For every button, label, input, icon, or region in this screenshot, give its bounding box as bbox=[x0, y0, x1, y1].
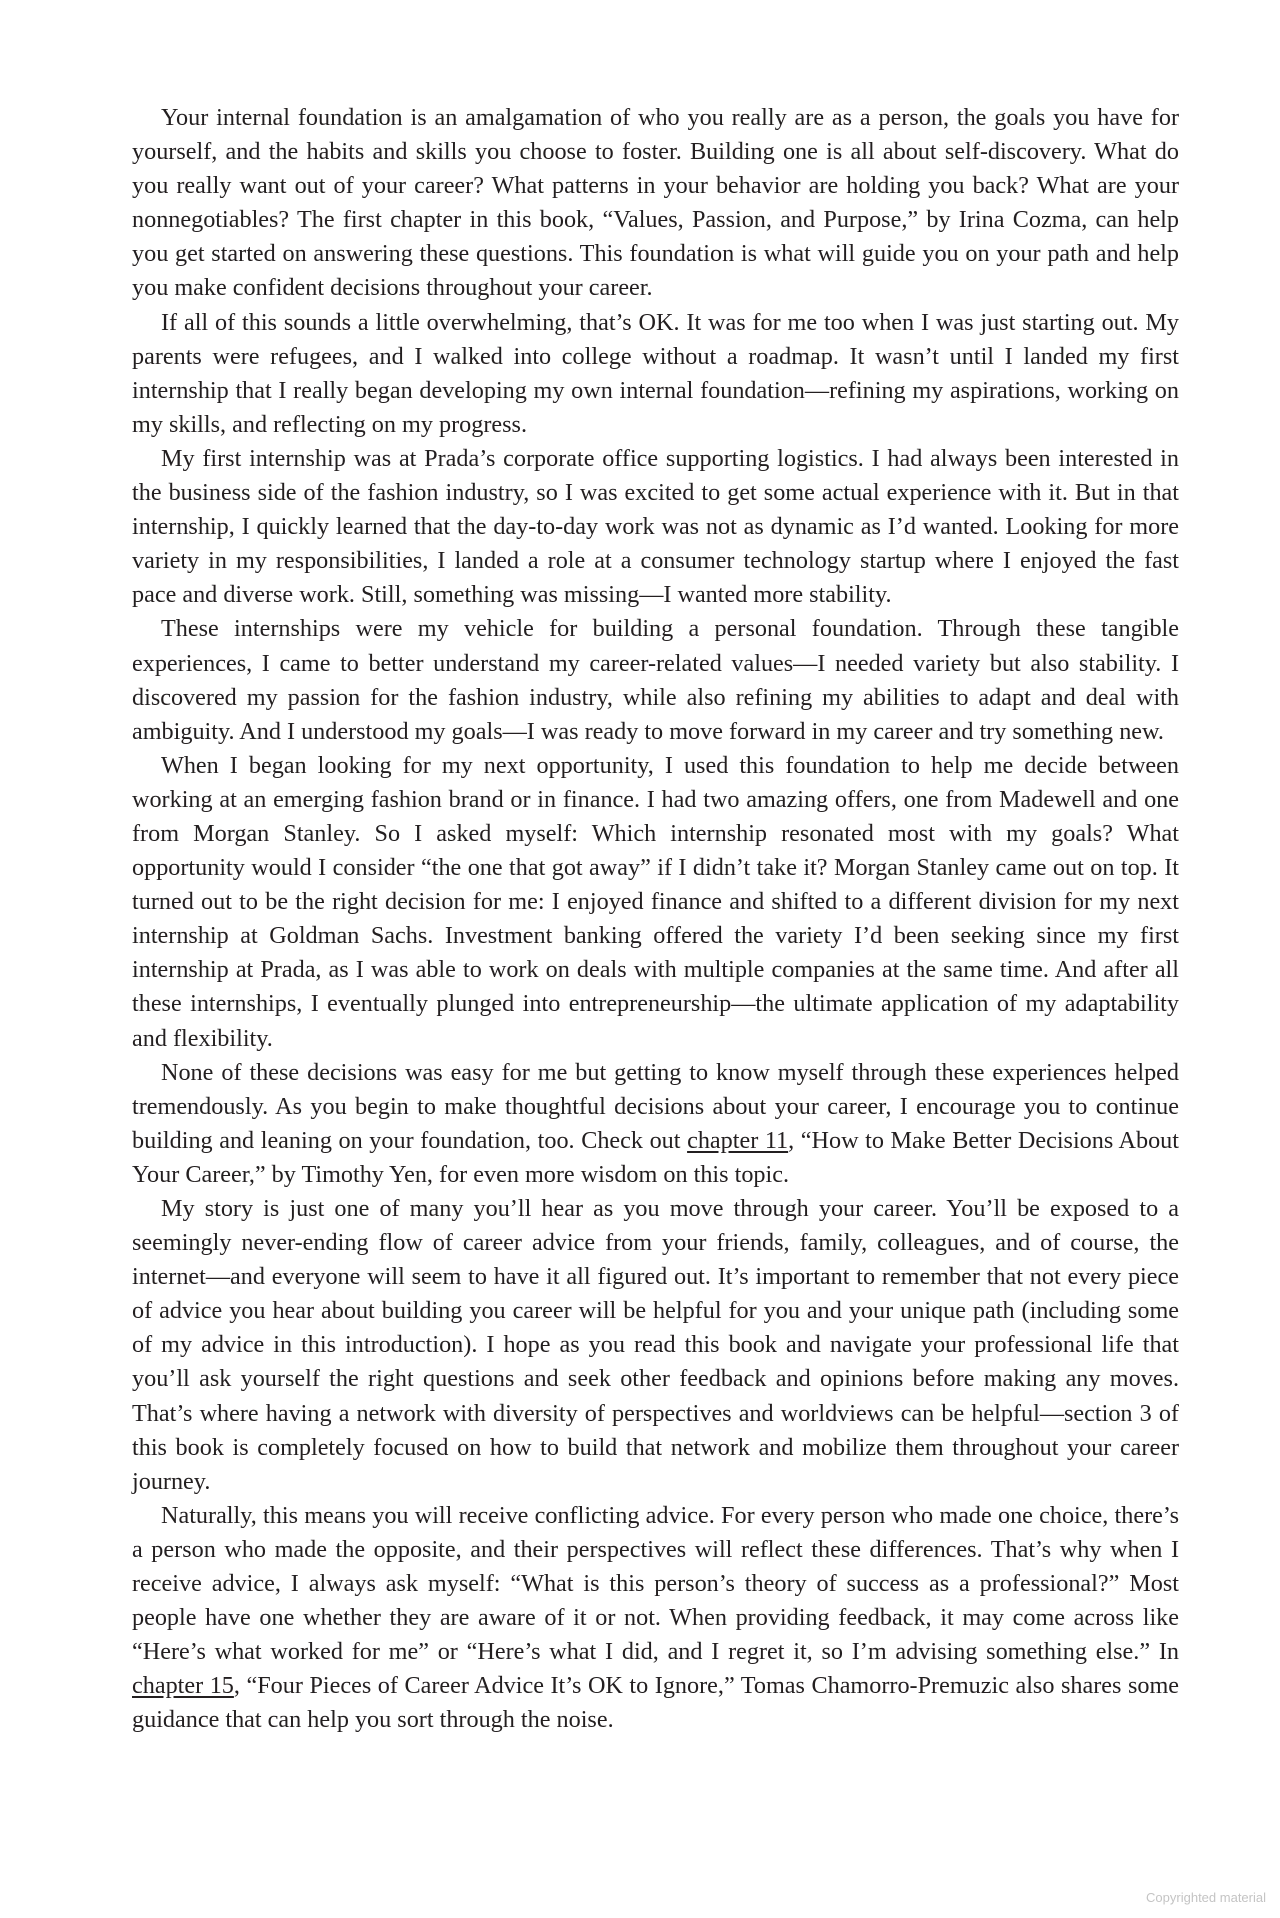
chapter-15-link[interactable]: chapter 15 bbox=[132, 1672, 234, 1699]
page-body: Your internal foundation is an amalgamat… bbox=[132, 101, 1179, 1738]
paragraph-3: My first internship was at Prada’s corpo… bbox=[132, 442, 1179, 612]
paragraph-8: Naturally, this means you will receive c… bbox=[132, 1499, 1179, 1738]
copyright-watermark: Copyrighted material bbox=[1146, 1890, 1266, 1905]
paragraph-2: If all of this sounds a little overwhelm… bbox=[132, 306, 1179, 442]
paragraph-4: These internships were my vehicle for bu… bbox=[132, 612, 1179, 748]
paragraph-5: When I began looking for my next opportu… bbox=[132, 749, 1179, 1056]
paragraph-8-text-after: , “Four Pieces of Career Advice It’s OK … bbox=[132, 1672, 1179, 1733]
paragraph-8-text-before: Naturally, this means you will receive c… bbox=[132, 1502, 1179, 1665]
paragraph-7: My story is just one of many you’ll hear… bbox=[132, 1192, 1179, 1499]
paragraph-6: None of these decisions was easy for me … bbox=[132, 1056, 1179, 1192]
paragraph-1: Your internal foundation is an amalgamat… bbox=[132, 101, 1179, 306]
chapter-11-link[interactable]: chapter 11 bbox=[687, 1127, 788, 1154]
